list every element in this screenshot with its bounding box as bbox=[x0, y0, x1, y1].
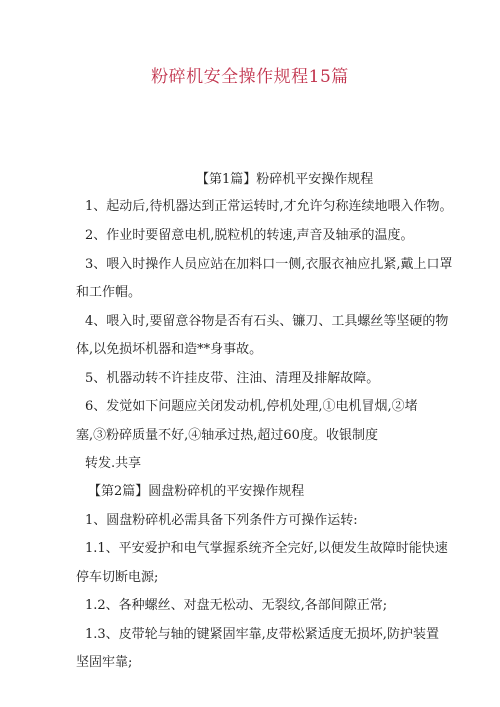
section-2-line-3: 停车切断电源; bbox=[76, 570, 158, 586]
section-1-line-10: 转发.共享 bbox=[85, 456, 141, 472]
document-title: 粉碎机安全操作规程15篇 bbox=[0, 62, 500, 87]
section-1-line-2: 2、作业时要留意电机,脱粒机的转速,声音及轴承的温度。 bbox=[85, 228, 414, 244]
section-2-line-4: 1.2、各种螺丝、对盘无松动、无裂纹,各部间隙正常; bbox=[85, 598, 387, 614]
section-1-heading: 【第1篇】粉碎机平安操作规程 bbox=[196, 172, 373, 188]
section-1-line-6: 体,以免损坏机器和造**身事故。 bbox=[76, 342, 262, 358]
section-1-line-7: 5、机器动转不许挂皮带、注油、清理及排解故障。 bbox=[85, 371, 379, 387]
section-2-line-5: 1.3、皮带轮与轴的键紧固牢靠,皮带松紧适度无损坏,防护装置 bbox=[85, 627, 439, 643]
section-1-line-4: 和工作帽。 bbox=[76, 285, 141, 301]
section-2-heading: 【第2篇】圆盘粉碎机的平安操作规程 bbox=[88, 484, 304, 500]
document-page: 粉碎机安全操作规程15篇 【第1篇】粉碎机平安操作规程 1、起动后,待机器达到正… bbox=[0, 0, 500, 707]
section-1-line-5: 4、喂入时,要留意谷物是否有石头、镰刀、工具螺丝等坚硬的物 bbox=[85, 314, 448, 330]
section-1-line-1: 1、起动后,待机器达到正常运转时,才允许匀称连续地喂入作物。 bbox=[85, 199, 453, 215]
section-1-line-9: 塞,③粉碎质量不好,④轴承过热,超过60度。收银制度 bbox=[76, 428, 378, 444]
section-1-line-8: 6、发觉如下问题应关闭发动机,停机处理,①电机冒烟,②堵 bbox=[85, 399, 418, 415]
section-2-line-1: 1、圆盘粉碎机必需具备下列条件方可操作运转: bbox=[85, 513, 358, 529]
section-1-line-3: 3、喂入时操作人员应站在加料口一侧,衣服衣袖应扎紧,戴上口罩 bbox=[85, 257, 453, 273]
section-2-line-6: 坚固牢靠; bbox=[76, 655, 132, 671]
section-2-line-2: 1.1、平安爱护和电气掌握系统齐全完好,以便发生故障时能快速 bbox=[85, 541, 448, 557]
